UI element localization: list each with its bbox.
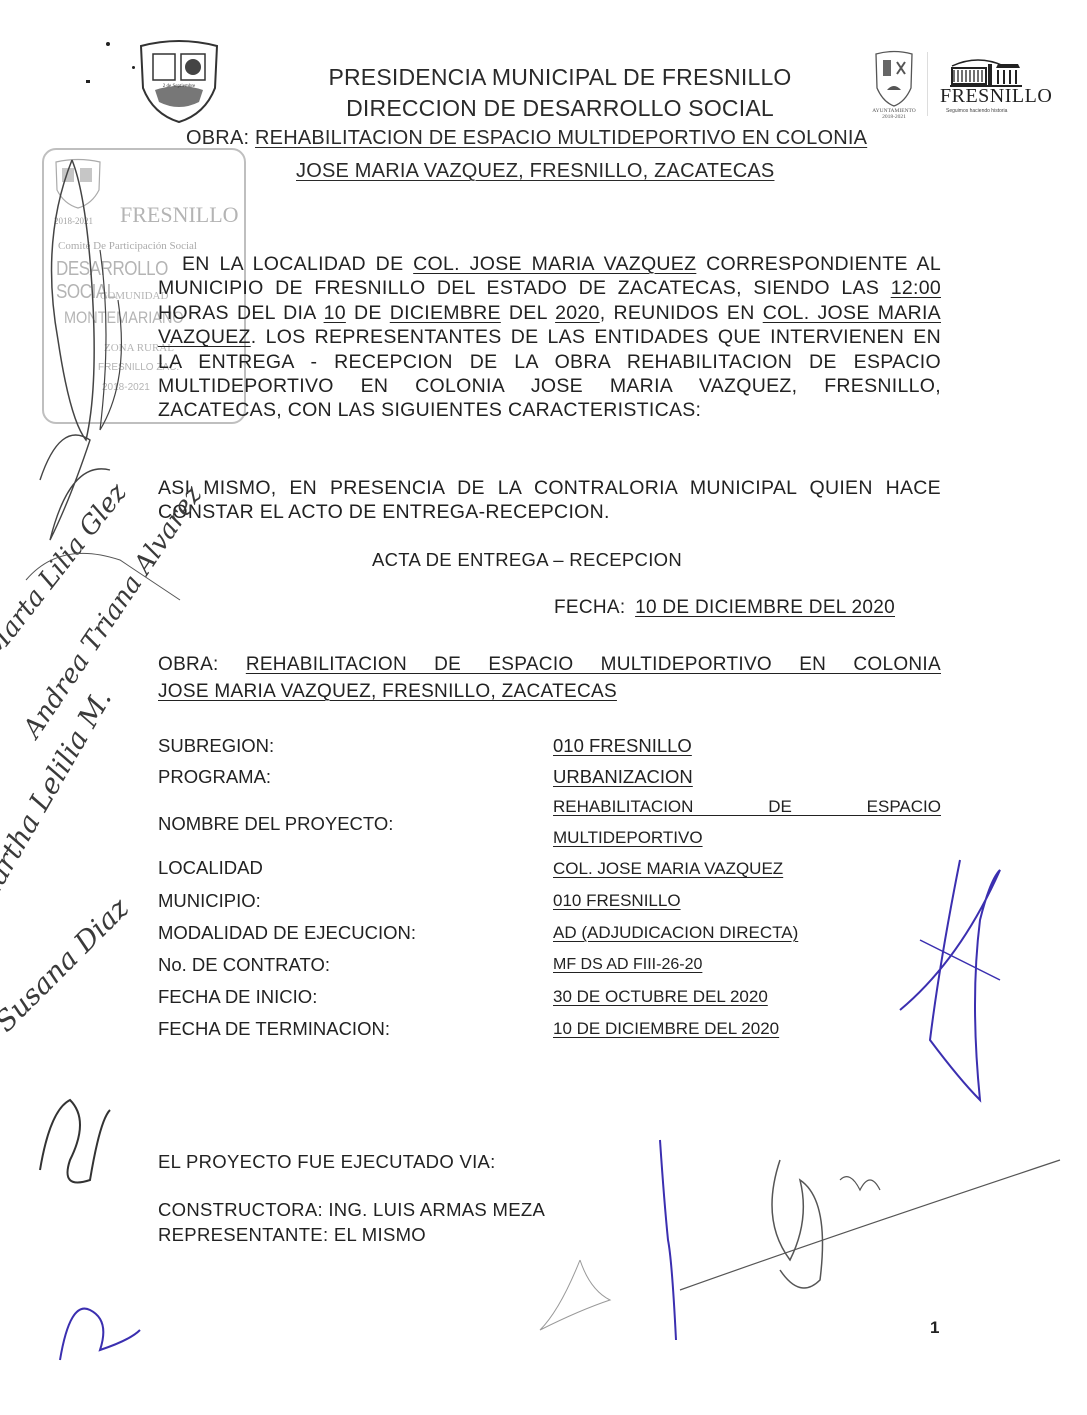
contraloria-paragraph: ASI MISMO, EN PRESENCIA DE LA CONTRALORI… — [158, 476, 941, 525]
acta-fecha-value: 10 DE DICIEMBRE DEL 2020 — [635, 597, 895, 618]
brand-name: FRESNILLO — [940, 85, 1052, 108]
acta-fecha-label: FECHA: — [554, 597, 625, 618]
details-value-fecha-terminacion: 10 DE DICIEMBRE DEL 2020 — [553, 1019, 779, 1039]
execution-via: EL PROYECTO FUE EJECUTADO VIA: — [158, 1151, 496, 1173]
intro-text: . LOS REPRESENTANTES DE LAS ENTIDADES QU… — [158, 326, 941, 421]
acta-obra-label: OBRA: — [158, 654, 219, 675]
details-label-modalidad: MODALIDAD DE EJECUCION: — [158, 922, 416, 944]
details-label-fecha-inicio: FECHA DE INICIO: — [158, 986, 317, 1008]
details-value-municipio: 010 FRESNILLO — [553, 891, 681, 911]
header-obra: OBRA: REHABILITACION DE ESPACIO MULTIDEP… — [186, 127, 867, 150]
signature-stroke — [680, 1160, 1060, 1290]
details-label-nombre-proyecto: NOMBRE DEL PROYECTO: — [158, 813, 393, 835]
details-value-subregion: 010 FRESNILLO — [553, 735, 692, 757]
svg-text:2 de Septiembre: 2 de Septiembre — [163, 84, 196, 89]
page-number: 1 — [930, 1318, 939, 1338]
details-value-nombre-proyecto-line1: REHABILITACION DE ESPACIO — [553, 797, 941, 816]
details-value-contrato: MF DS AD FIII-26-20 — [553, 956, 702, 974]
intro-year: 2020 — [555, 302, 600, 324]
stamp-years: 2018-2021 — [54, 216, 93, 226]
scan-speck — [86, 80, 90, 83]
seal-divider — [927, 52, 928, 116]
details-value-localidad: COL. JOSE MARIA VAZQUEZ — [553, 859, 783, 879]
stamp-line7: 2018-2021 — [102, 382, 150, 393]
header-title: PRESIDENCIA MUNICIPAL DE FRESNILLO — [200, 64, 920, 91]
details-value-programa: URBANIZACION — [553, 766, 693, 788]
header-obra-line1: REHABILITACION DE ESPACIO MULTIDEPORTIVO… — [255, 127, 867, 149]
intro-text: DE — [346, 302, 390, 324]
signature-stroke — [660, 1140, 676, 1340]
signature-stroke — [772, 1160, 823, 1288]
header-obra-line2: JOSE MARIA VAZQUEZ, FRESNILLO, ZACATECAS — [296, 160, 774, 183]
acta-obra: OBRA: REHABILITACION DE ESPACIO MULTIDEP… — [158, 649, 941, 681]
signature-stroke — [840, 1177, 880, 1190]
intro-text: DEL — [501, 302, 555, 324]
execution-constructora: CONSTRUCTORA: ING. LUIS ARMAS MEZA — [158, 1199, 545, 1221]
brand-tagline: Seguimos haciendo historia — [946, 108, 1007, 114]
details-label-programa: PROGRAMA: — [158, 766, 271, 788]
acta-title: ACTA DE ENTREGA – RECEPCION — [372, 549, 682, 571]
acta-obra-line1: REHABILITACION DE ESPACIO MULTIDEPORTIVO… — [246, 654, 941, 675]
signature-stroke — [540, 1260, 610, 1330]
intro-text: , REUNIDOS EN — [600, 302, 763, 324]
signature-stroke — [60, 1309, 140, 1360]
details-value-nombre-proyecto: REHABILITACION DE ESPACIO — [553, 797, 941, 817]
signature-stroke — [900, 860, 1000, 1100]
signature-stroke — [920, 940, 1000, 980]
acta-obra-line2: JOSE MARIA VAZQUEZ, FRESNILLO, ZACATECAS — [158, 681, 617, 703]
ayuntamiento-caption: AYUNTAMIENTO 2018-2021 — [867, 108, 921, 120]
handwritten-name-4: Susana Diaz — [0, 891, 135, 1038]
scan-speck — [132, 66, 135, 69]
details-label-subregion: SUBREGION: — [158, 735, 274, 757]
intro-day: 10 — [324, 302, 346, 324]
details-label-localidad: LOCALIDAD — [158, 857, 263, 879]
details-label-fecha-terminacion: FECHA DE TERMINACION: — [158, 1018, 390, 1040]
execution-representante: REPRESENTANTE: EL MISMO — [158, 1224, 426, 1246]
header-obra-label: OBRA: — [186, 127, 249, 149]
intro-time: 12:00 — [891, 277, 941, 299]
stamp-brand: FRESNILLO — [120, 202, 239, 228]
fresnillo-brand-logo: FRESNILLO Seguimos haciendo historia — [938, 52, 1038, 122]
signature-stroke — [40, 1100, 110, 1183]
details-label-municipio: MUNICIPIO: — [158, 890, 261, 912]
scan-speck — [106, 42, 110, 46]
ayuntamiento-seal-logo: AYUNTAMIENTO 2018-2021 — [873, 50, 915, 122]
header-subtitle: DIRECCION DE DESARROLLO SOCIAL — [200, 95, 920, 122]
details-value-modalidad: AD (ADJUDICACION DIRECTA) — [553, 923, 798, 943]
intro-text: HORAS DEL DIA — [158, 302, 324, 324]
intro-text: EN LA LOCALIDAD DE — [182, 253, 413, 275]
intro-paragraph: EN LA LOCALIDAD DE COL. JOSE MARIA VAZQU… — [158, 252, 941, 423]
stamp-line1: Comité De Participación Social — [58, 240, 197, 252]
details-value-nombre-proyecto-line2: MULTIDEPORTIVO — [553, 828, 703, 848]
intro-localidad: COL. JOSE MARIA VAZQUEZ — [413, 253, 696, 275]
details-value-fecha-inicio: 30 DE OCTUBRE DEL 2020 — [553, 987, 768, 1007]
details-label-contrato: No. DE CONTRATO: — [158, 954, 330, 976]
acta-fecha: FECHA: 10 DE DICIEMBRE DEL 2020 — [554, 597, 895, 619]
intro-month: DICIEMBRE — [390, 302, 501, 324]
